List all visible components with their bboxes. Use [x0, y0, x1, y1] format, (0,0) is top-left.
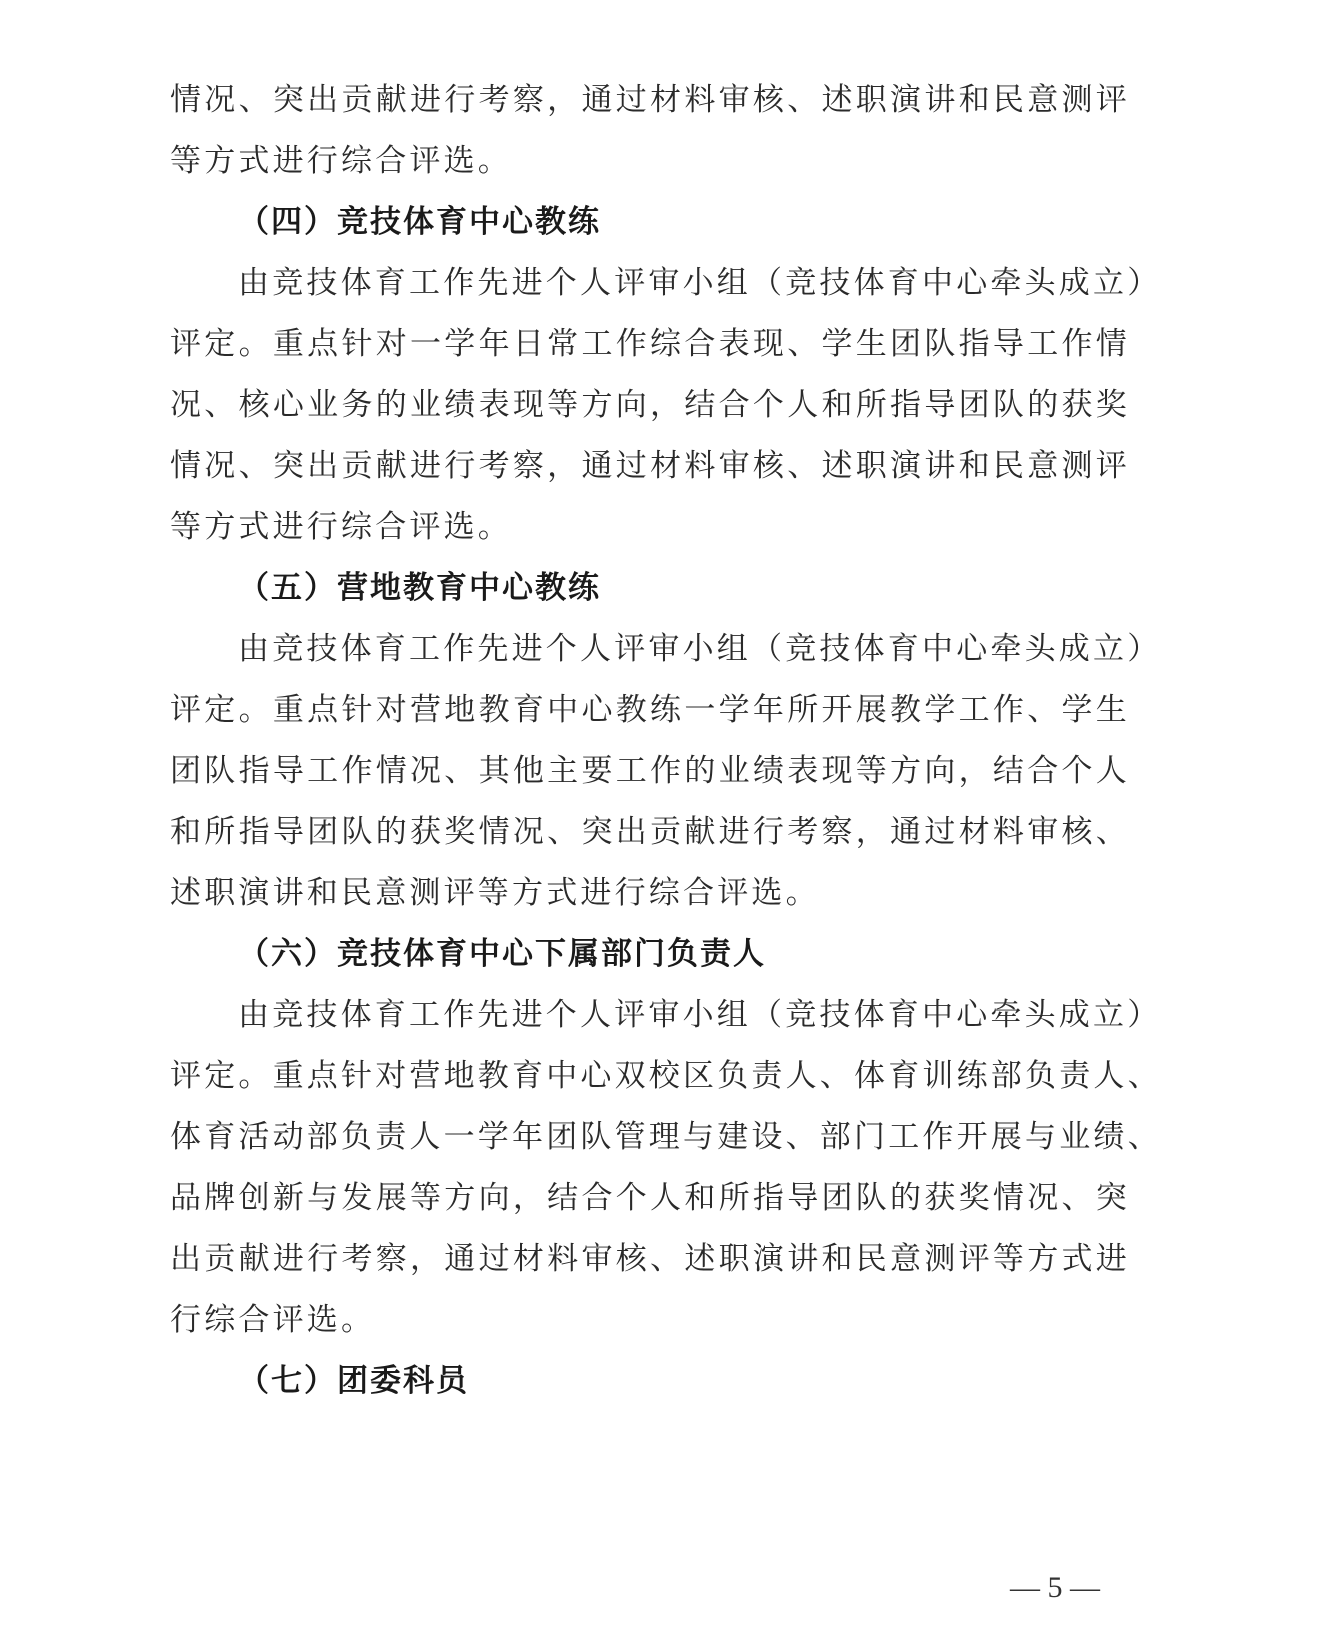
paragraph-first-line: 由竞技体育工作先进个人评审小组（竞技体育中心牵头成立）	[238, 619, 1130, 680]
paragraph-line: 评定。重点针对一学年日常工作综合表现、学生团队指导工作情	[170, 314, 1130, 375]
page-number: — 5 —	[1000, 1568, 1110, 1608]
paragraph-line: 和所指导团队的获奖情况、突出贡献进行考察，通过材料审核、	[170, 802, 1130, 863]
section-heading: （七）团委科员	[238, 1351, 469, 1412]
paragraph-line: 述职演讲和民意测评等方式进行综合评选。	[170, 863, 1130, 924]
section-heading: （六）竞技体育中心下属部门负责人	[238, 924, 766, 985]
section-heading: （四）竞技体育中心教练	[238, 192, 601, 253]
paragraph-line: 情况、突出贡献进行考察，通过材料审核、述职演讲和民意测评	[170, 70, 1130, 131]
paragraph-line: 等方式进行综合评选。	[170, 131, 1130, 192]
paragraph-line: 品牌创新与发展等方向，结合个人和所指导团队的获奖情况、突	[170, 1168, 1130, 1229]
document-page: — 5 — 情况、突出贡献进行考察，通过材料审核、述职演讲和民意测评等方式进行综…	[0, 0, 1332, 1646]
paragraph-line: 评定。重点针对营地教育中心双校区负责人、体育训练部负责人、	[170, 1046, 1130, 1107]
paragraph-first-line: 由竞技体育工作先进个人评审小组（竞技体育中心牵头成立）	[238, 985, 1130, 1046]
paragraph-line: 评定。重点针对营地教育中心教练一学年所开展教学工作、学生	[170, 680, 1130, 741]
paragraph-line: 出贡献进行考察，通过材料审核、述职演讲和民意测评等方式进	[170, 1229, 1130, 1290]
paragraph-line: 行综合评选。	[170, 1290, 1130, 1351]
paragraph-line: 等方式进行综合评选。	[170, 497, 1130, 558]
section-heading: （五）营地教育中心教练	[238, 558, 601, 619]
paragraph-first-line: 由竞技体育工作先进个人评审小组（竞技体育中心牵头成立）	[238, 253, 1130, 314]
paragraph-line: 体育活动部负责人一学年团队管理与建设、部门工作开展与业绩、	[170, 1107, 1130, 1168]
paragraph-line: 团队指导工作情况、其他主要工作的业绩表现等方向，结合个人	[170, 741, 1130, 802]
paragraph-line: 情况、突出贡献进行考察，通过材料审核、述职演讲和民意测评	[170, 436, 1130, 497]
paragraph-line: 况、核心业务的业绩表现等方向，结合个人和所指导团队的获奖	[170, 375, 1130, 436]
